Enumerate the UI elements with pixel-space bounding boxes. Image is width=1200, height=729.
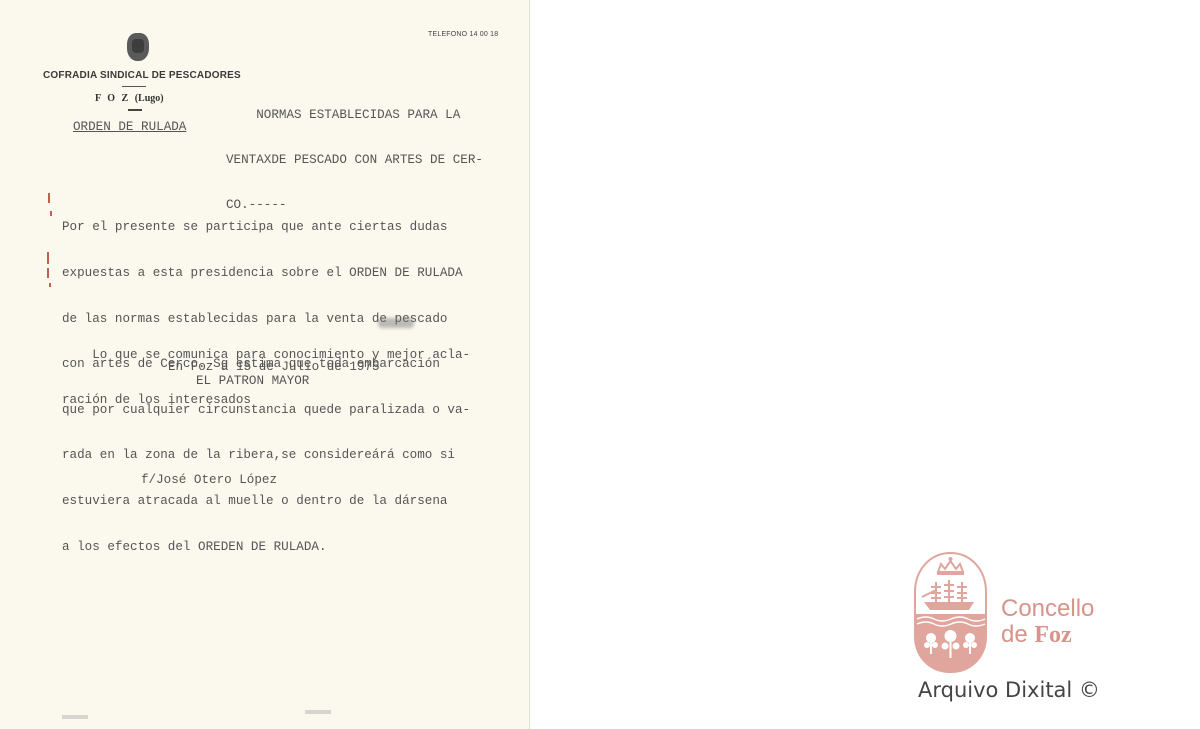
subject-line: NORMAS ESTABLECIDAS PARA LA (226, 108, 483, 123)
concello-brand: Concello de Foz (1001, 596, 1094, 648)
faint-mark (62, 715, 88, 719)
ink-smudge (378, 318, 414, 328)
brand-prefix: de (1001, 621, 1034, 648)
margin-mark (47, 252, 49, 264)
body-line: a los efectos del OREDEN DE RULADA. (62, 540, 470, 555)
letterhead-town: F O Z (95, 93, 130, 104)
letterhead-divider-short (128, 109, 142, 111)
closing-line: ración de los interesados (62, 393, 470, 408)
letterhead-place: F O Z (Lugo) (95, 93, 164, 104)
letterhead-phone: TELEFONO 14 00 18 (428, 31, 498, 38)
subject-line: VENTAXDE PESCADO CON ARTES DE CER- (226, 153, 483, 168)
letterhead-organization: COFRADIA SINDICAL DE PESCADORES (43, 70, 241, 81)
brand-line-1: Concello (1001, 596, 1094, 622)
body-line: estuviera atracada al muelle o dentro de… (62, 494, 470, 509)
letterhead-divider (122, 86, 146, 87)
brand-town: Foz (1034, 622, 1071, 648)
body-line: Por el presente se participa que ante ci… (62, 220, 470, 235)
coat-of-arms-icon (127, 33, 149, 61)
concello-emblem-icon (914, 552, 987, 673)
document-title: ORDEN DE RULADA (73, 120, 186, 135)
margin-mark (49, 283, 51, 287)
brand-line-2: de Foz (1001, 622, 1094, 648)
faint-mark (305, 710, 331, 714)
signature: f/José Otero López (141, 473, 277, 488)
margin-mark (50, 211, 52, 216)
archive-label: Arquivo Dixital © (918, 678, 1100, 702)
scanned-document: TELEFONO 14 00 18 COFRADIA SINDICAL DE P… (0, 0, 530, 729)
letterhead-province: (Lugo) (135, 93, 164, 104)
body-line: expuestas a esta presidencia sobre el OR… (62, 266, 470, 281)
margin-mark (48, 193, 50, 203)
place-date: En Foz a 15 de Julio de 1975 (168, 360, 380, 375)
body-line: rada en la zona de la ribera,se consider… (62, 448, 470, 463)
margin-mark (47, 268, 49, 278)
signer-role: EL PATRON MAYOR (196, 374, 309, 389)
